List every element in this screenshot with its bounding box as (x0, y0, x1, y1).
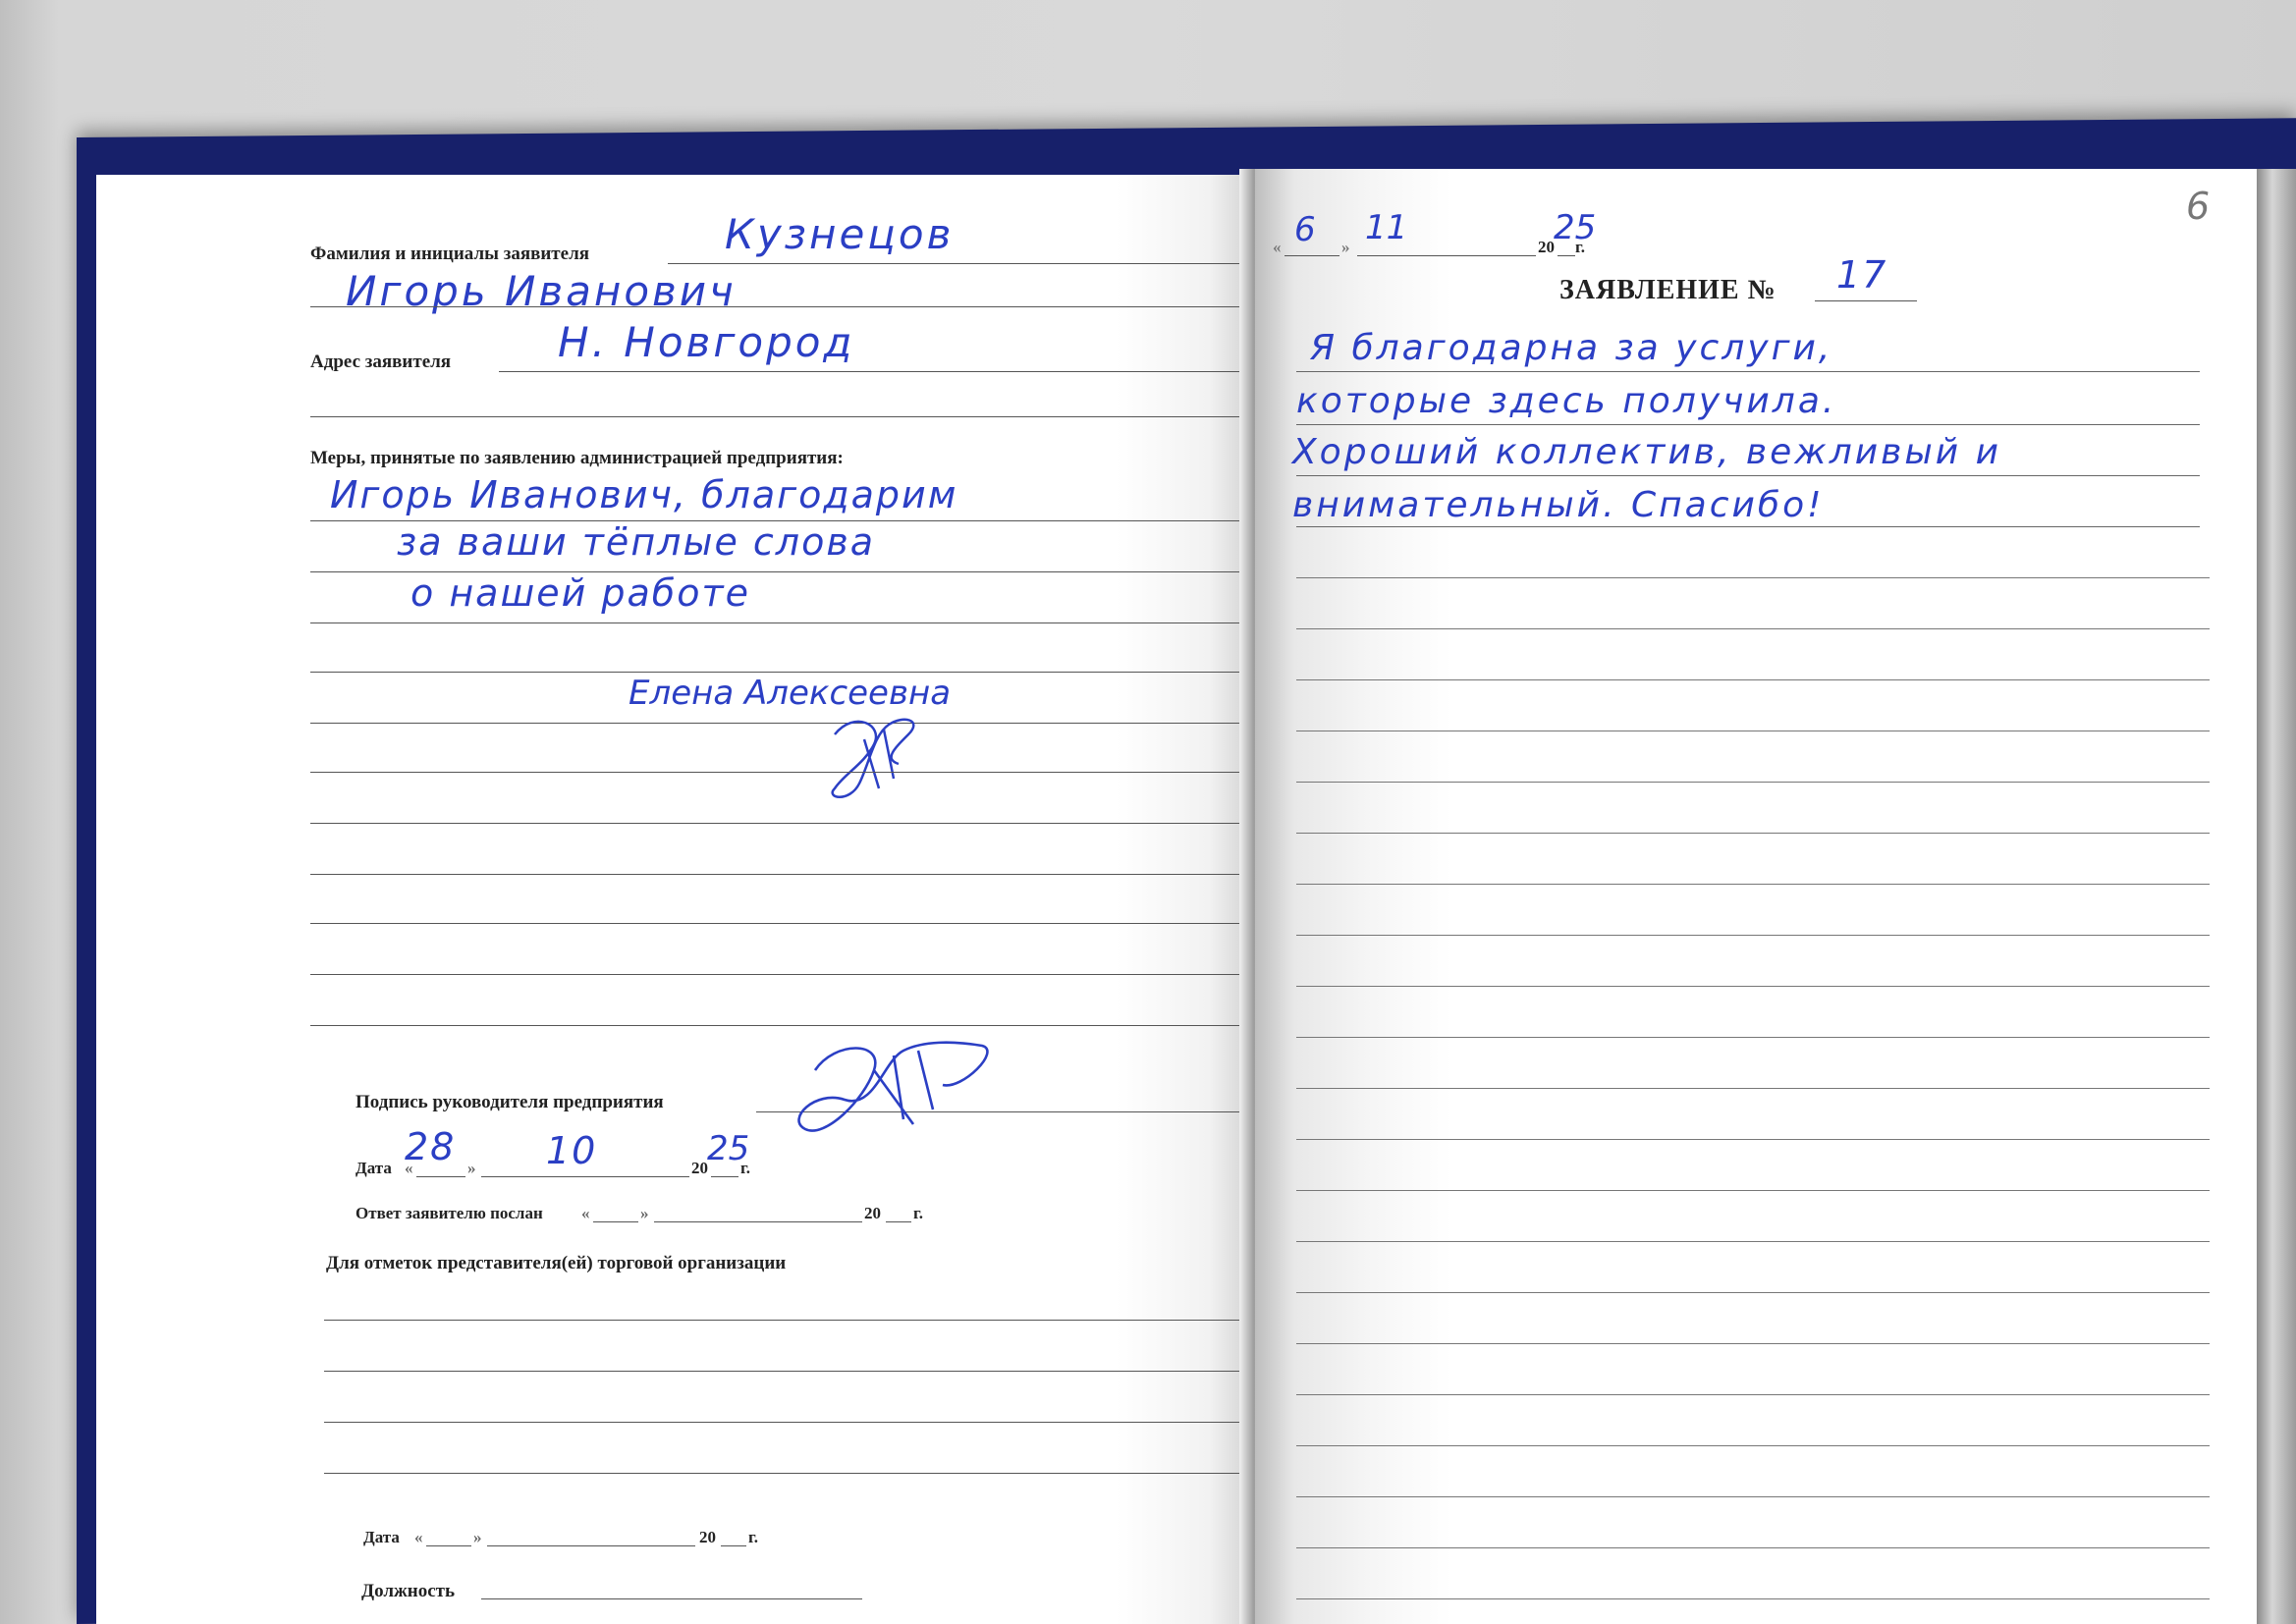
blank-rule (1296, 1088, 2210, 1089)
date-month: 10 (546, 1129, 597, 1172)
reply-year-line (886, 1221, 911, 1222)
statement-label: ЗАЯВЛЕНИЕ № (1559, 275, 1777, 306)
blank-rule (1296, 986, 2210, 987)
trade-day-line (426, 1545, 471, 1546)
blank-rule (1296, 1241, 2210, 1242)
statement-rule-3 (1296, 475, 2200, 476)
position-line (481, 1598, 862, 1599)
measures-rule-4 (310, 672, 1249, 673)
trade-rule-4 (324, 1473, 1257, 1474)
blank-rule (1296, 782, 2210, 783)
applicant-line (668, 263, 1249, 264)
trade-date-label: Дата (363, 1528, 400, 1547)
statement-rule-1 (1296, 371, 2200, 372)
statement-rule-4 (1296, 526, 2200, 527)
blank-rule (1296, 884, 2210, 885)
statement-line-4: внимательный. Спасибо! (1292, 485, 1825, 525)
signature-mark-1 (815, 705, 943, 803)
measures-rule-5 (310, 723, 1249, 724)
statement-number: 17 (1836, 253, 1887, 297)
measures-label: Меры, принятые по заявлению администраци… (310, 448, 844, 469)
blank-rule (1296, 1139, 2210, 1140)
trade-org-label: Для отметок представителя(ей) торговой о… (326, 1253, 786, 1274)
applicant-name-line (310, 306, 1249, 307)
measures-rule-7 (310, 823, 1249, 824)
page-edge (2257, 169, 2296, 1624)
statement-line-1: Я благодарна за услуги, (1310, 328, 1832, 368)
right-date-open-quote: « (1273, 238, 1282, 257)
right-date-day: 6 (1294, 210, 1316, 249)
blank-rule (1296, 1394, 2210, 1395)
address-label: Адрес заявителя (310, 352, 451, 373)
date-year-line (711, 1176, 738, 1177)
blank-rule (1296, 1445, 2210, 1446)
measures-line-1: Игорь Иванович, благодарим (330, 473, 957, 516)
blank-rule (1296, 1292, 2210, 1293)
statement-number-line (1815, 300, 1917, 301)
right-date-year-line (1558, 255, 1575, 256)
blank-rule (1296, 628, 2210, 629)
blank-rule (1296, 1598, 2210, 1599)
reply-close-quote: » (640, 1204, 649, 1223)
applicant-surname: Кузнецов (725, 210, 954, 258)
position-label: Должность (361, 1581, 455, 1602)
blank-rule (1296, 833, 2210, 834)
trade-close-quote: » (473, 1528, 482, 1547)
address-line (499, 371, 1249, 372)
trade-rule-1 (324, 1320, 1257, 1321)
blank-rule (1296, 1547, 2210, 1548)
date-label: Дата (355, 1159, 392, 1178)
right-date-month: 11 (1365, 208, 1407, 247)
trade-year-prefix: 20 (699, 1528, 716, 1547)
date-close-quote: » (467, 1159, 476, 1178)
statement-line-3: Хороший коллектив, вежливый и (1292, 432, 2001, 472)
blank-rule (1296, 1496, 2210, 1497)
right-date-year-prefix: 20 (1538, 238, 1555, 257)
reply-suffix: г. (913, 1204, 923, 1223)
reply-year-prefix: 20 (864, 1204, 881, 1223)
measures-rule-11 (310, 1025, 1249, 1026)
applicant-name: Игорь Иванович (346, 267, 737, 315)
blank-rule (1296, 1343, 2210, 1344)
date-month-line (481, 1176, 689, 1177)
measures-line-2: за ваши тёплые слова (397, 520, 875, 564)
measures-rule-6 (310, 772, 1249, 773)
blank-rule (1296, 679, 2210, 680)
trade-open-quote: « (414, 1528, 423, 1547)
manager-signature-label: Подпись руководителя предприятия (355, 1092, 664, 1113)
date-year: 25 (707, 1129, 749, 1168)
blank-rule (1296, 935, 2210, 936)
measures-line-3: о нашей работе (410, 571, 750, 615)
statement-rule-2 (1296, 424, 2200, 425)
statement-line-2: которые здесь получила. (1296, 381, 1836, 421)
reply-open-quote: « (581, 1204, 590, 1223)
blank-rule (1296, 1037, 2210, 1038)
reply-month-line (654, 1221, 862, 1222)
measures-rule-9 (310, 923, 1249, 924)
manager-signature (786, 1031, 1011, 1149)
blank-rule (1296, 1190, 2210, 1191)
page-number: 6 (2186, 185, 2210, 228)
blank-rule (1296, 577, 2210, 578)
right-date-month-line (1357, 255, 1536, 256)
address-value: Н. Новгород (558, 318, 854, 366)
trade-rule-2 (324, 1371, 1257, 1372)
reply-day-line (593, 1221, 638, 1222)
measures-rule-10 (310, 974, 1249, 975)
blank-rule (1296, 731, 2210, 731)
trade-suffix: г. (748, 1528, 758, 1547)
applicant-label: Фамилия и инициалы заявителя (310, 244, 589, 265)
left-page (96, 175, 1255, 1624)
blank-line (310, 416, 1249, 417)
trade-month-line (487, 1545, 695, 1546)
right-date-day-line (1285, 255, 1339, 256)
reply-label: Ответ заявителю послан (355, 1204, 543, 1223)
measures-rule-3 (310, 623, 1249, 623)
date-day-line (416, 1176, 465, 1177)
date-year-prefix: 20 (691, 1159, 708, 1178)
measures-rule-8 (310, 874, 1249, 875)
trade-year-line (721, 1545, 746, 1546)
trade-rule-3 (324, 1422, 1257, 1423)
date-day: 28 (405, 1125, 456, 1168)
right-date-close-quote: » (1341, 238, 1350, 257)
right-date-year: 25 (1554, 208, 1596, 247)
